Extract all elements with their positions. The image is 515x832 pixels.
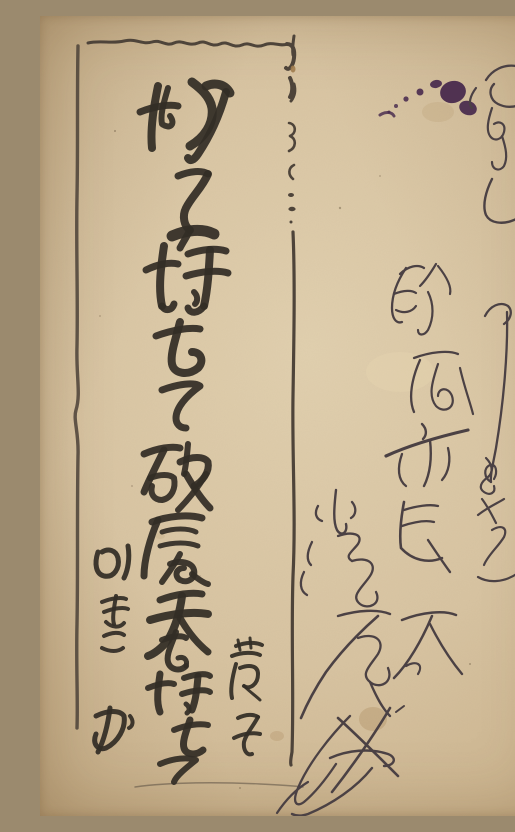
postcard-scan [40, 16, 515, 816]
paper-grain-texture [40, 16, 515, 816]
calligraphy-art [40, 16, 515, 816]
